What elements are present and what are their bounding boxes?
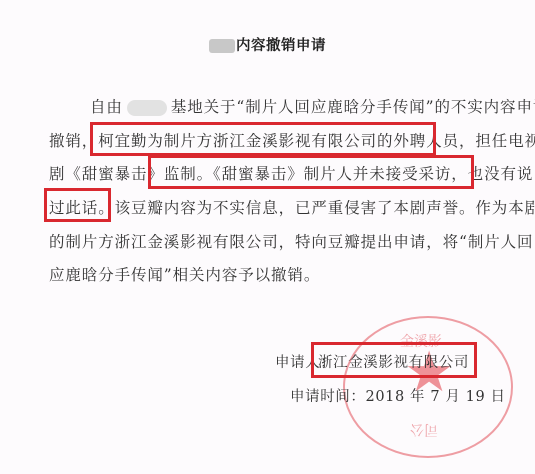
date-label: 申请时间： [290,389,366,405]
highlight-box-applicant [311,342,477,378]
paragraph-line-6: 应鹿晗分手传闻”相关内容予以撤销。 [49,263,320,285]
line3-a: 剧《甜蜜暴击》 [49,165,164,183]
application-date: 申请时间：2018 年 7 月 19 日 [290,385,506,406]
title-text: 内容撤销申请 [236,38,326,54]
line2-c: 担任电视 [475,132,535,150]
highlight-box-employee [90,122,436,156]
paragraph-line-4: 过此话。该豆瓣内容为不实信息，已严重侵害了本剧声誉。作为本剧 [49,196,535,218]
highlight-box-supervisor [148,155,474,189]
document-page: 内容撤销申请 自由基地关于“制片人回应鹿晗分手传闻”的不实内容申请 撤销，柯宜勤… [0,0,535,474]
line1-prefix: 自由 [90,98,123,116]
redacted-name-inline [127,100,167,116]
document-title: 内容撤销申请 [0,34,535,55]
redacted-name [209,39,235,53]
paragraph-line-1: 自由基地关于“制片人回应鹿晗分手传闻”的不实内容申请 [90,95,535,117]
line4-b: 该豆瓣内容为不实信息，已严重侵害了本剧声誉。作为本剧 [115,199,535,217]
paragraph-line-5: 的制片方浙江金溪影视有限公司，特向豆瓣提出申请，将“制片人回 [49,230,533,252]
date-value: 2018 年 7 月 19 日 [366,389,506,405]
highlight-box-said [44,188,111,222]
seal-text-bottom: 司公 [410,420,438,440]
line1-suffix: 基地关于“制片人回应鹿晗分手传闻”的不实内容申请 [171,98,535,116]
